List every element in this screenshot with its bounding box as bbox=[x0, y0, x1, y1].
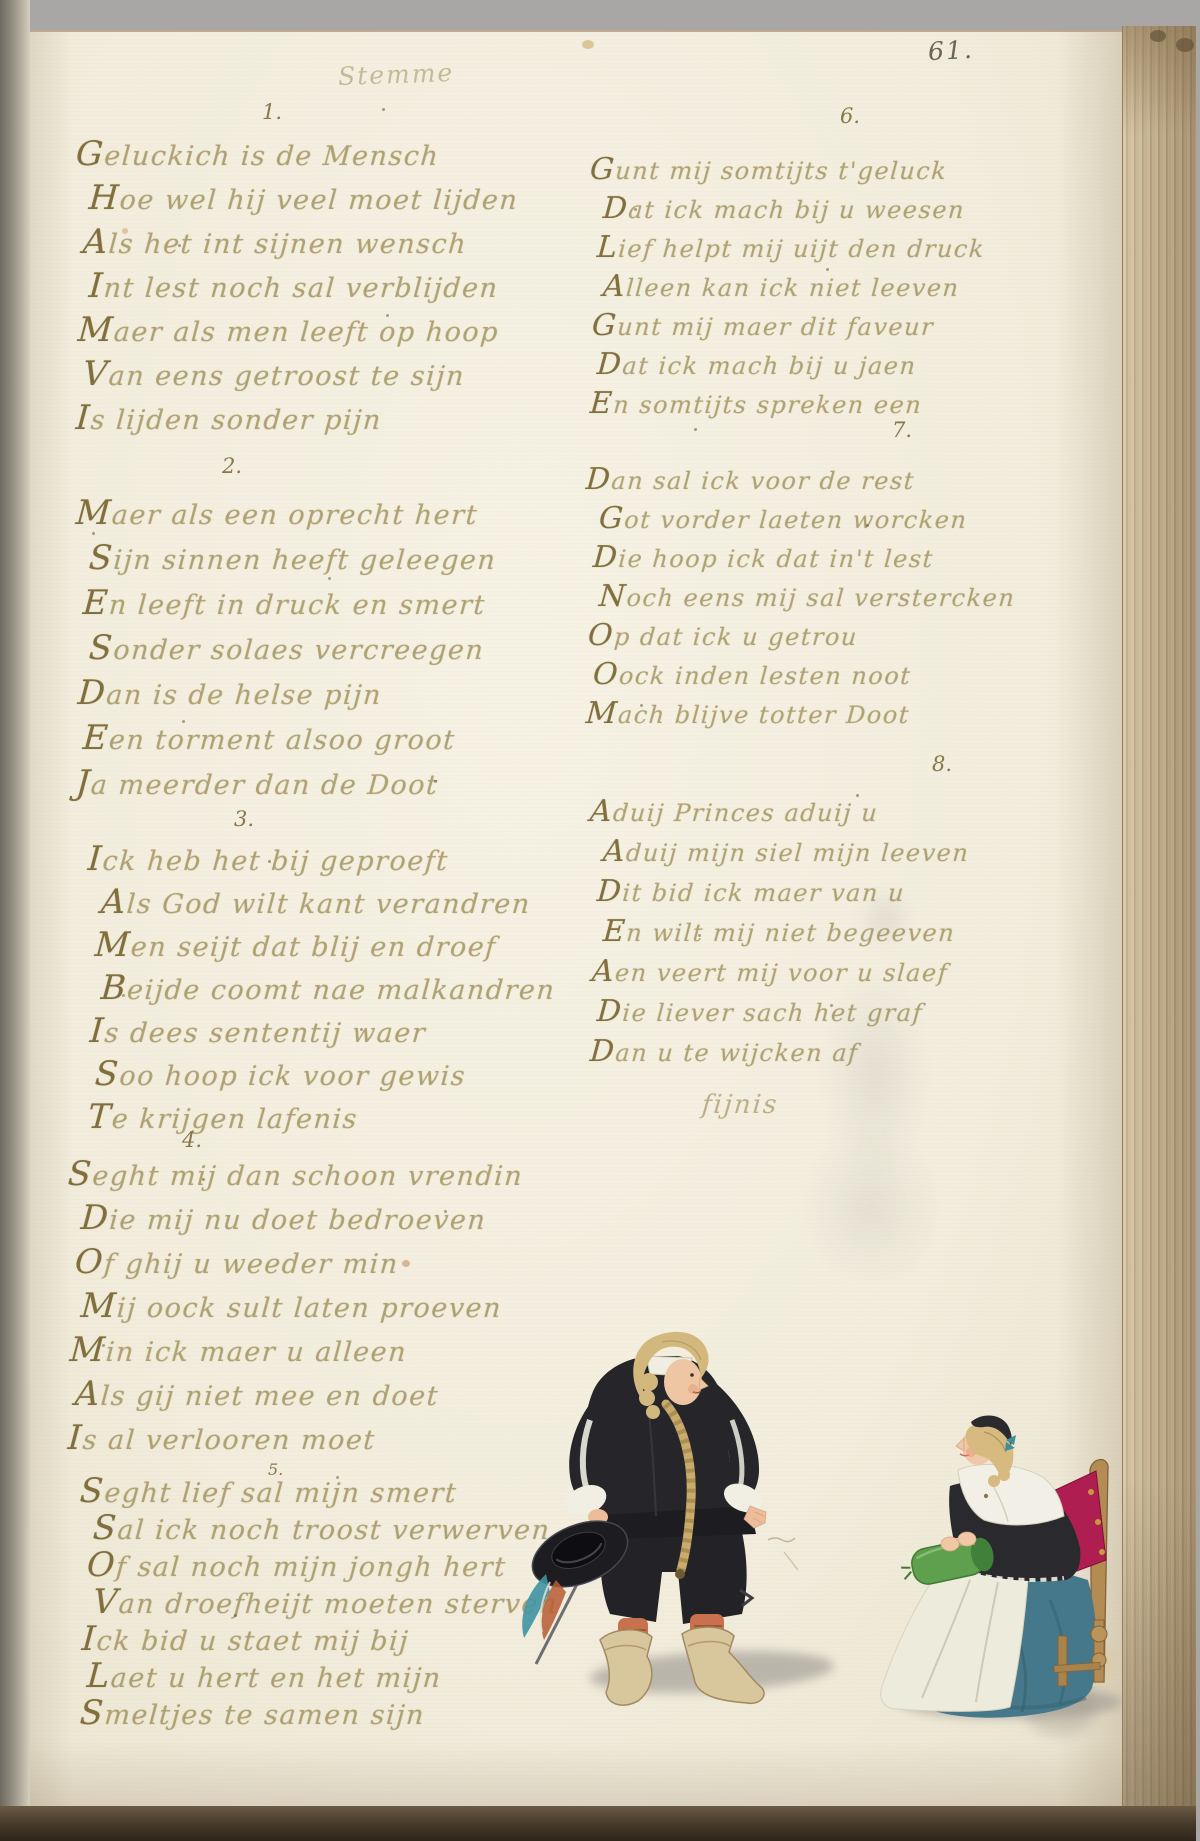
verse-line: Ick heb het bij geproeft bbox=[86, 837, 557, 880]
verse-line: Noch eens mij sal verstercken bbox=[598, 577, 1017, 616]
verse-line: Int lest noch sal verblijden bbox=[87, 264, 520, 308]
stanza-lines: Dan sal ick voor de restGot vorder laete… bbox=[586, 460, 1015, 733]
stanza-1: 1. Geluckich is de MenschHoe wel hij vee… bbox=[76, 132, 519, 440]
verse-line: Maer als een oprecht hert bbox=[74, 490, 498, 535]
verse-line: Aen veert mij voor u slaef bbox=[591, 952, 971, 992]
verse-line: Beijde coomt nae malkandren bbox=[99, 966, 557, 1009]
stanza-number: 1. bbox=[262, 100, 282, 124]
verse-line: Hoe wel hij veel moet lijden bbox=[87, 176, 520, 220]
cavalier-figure bbox=[522, 1332, 798, 1705]
stanza-lines: Ick heb het bij geproeftAls God wilt kan… bbox=[88, 837, 556, 1138]
stanza-number: 6. bbox=[840, 104, 860, 128]
stanza-lines: Geluckich is de MenschHoe wel hij veel m… bbox=[76, 132, 519, 440]
verse-line: Got vorder laeten worcken bbox=[598, 499, 1017, 538]
stanza-2: 2. Maer als een oprecht hertSijn sinnen … bbox=[76, 490, 497, 805]
verse-line: Dat ick mach bij u jaen bbox=[596, 345, 987, 384]
book-bottom-edge bbox=[0, 1806, 1200, 1841]
foxing-spot bbox=[122, 228, 128, 234]
watercolor-illustration bbox=[450, 1320, 1130, 1770]
ink-specks bbox=[30, 32, 33, 35]
verse-line: Men seijt dat blij en droef bbox=[93, 923, 557, 966]
stanza-lines: Gunt mij somtijts t'geluckDat ick mach b… bbox=[590, 150, 985, 423]
verse-line: En wilt mij niet begeeven bbox=[602, 912, 971, 952]
verse-line: Dat ick mach bij u weesen bbox=[602, 189, 987, 228]
verse-line: Oock inden lesten noot bbox=[592, 655, 1017, 694]
background bbox=[1196, 0, 1200, 1841]
verse-line: Gunt mij maer dit faveur bbox=[591, 306, 987, 345]
stanza-number: 2. bbox=[222, 454, 242, 478]
verse-line: Als het int sijnen wensch bbox=[81, 220, 520, 264]
verse-line: Dan sal ick voor de rest bbox=[585, 460, 1017, 499]
chair-leg bbox=[1058, 1636, 1067, 1686]
stanza-number: 4. bbox=[182, 1128, 202, 1152]
verse-line: Ja meerder dan de Doot bbox=[74, 760, 498, 805]
faint-inscription bbox=[768, 1538, 795, 1542]
stanza-lines: Aduij Princes aduij uAduij mijn siel mij… bbox=[590, 792, 969, 1072]
folio-number: 61. bbox=[927, 35, 974, 66]
verse-line: Is dees sententij waer bbox=[88, 1009, 557, 1052]
verse-line: Aduij Princes aduij u bbox=[589, 792, 971, 832]
verse-line: Die mij nu doet bedroeven bbox=[79, 1196, 525, 1240]
tune-header: Stemme bbox=[338, 58, 455, 91]
stanza-number: 3. bbox=[234, 807, 254, 831]
verse-line: Gunt mij somtijts t'geluck bbox=[589, 150, 987, 189]
verse-line: Sijn sinnen heeft geleegen bbox=[87, 535, 498, 580]
lady-figure bbox=[881, 1415, 1108, 1717]
stanza-3: 3. Ick heb het bij geproeftAls God wilt … bbox=[88, 837, 556, 1138]
corner-damage bbox=[1176, 38, 1194, 52]
verse-line: Als God wilt kant verandren bbox=[99, 880, 557, 923]
verse-line: Soo hoop ick voor gewis bbox=[93, 1052, 557, 1095]
cavalier-face bbox=[664, 1359, 702, 1405]
verse-line: En somtijts spreken een bbox=[589, 384, 987, 423]
verse-line: Maer als men leeft op hoop bbox=[76, 308, 520, 352]
lady-hand bbox=[941, 1537, 959, 1551]
verse-line: Aduij mijn siel mijn leeven bbox=[602, 832, 971, 872]
stanza-8: 8. Aduij Princes aduij uAduij mijn siel … bbox=[590, 792, 969, 1072]
verse-line: Is lijden sonder pijn bbox=[74, 396, 520, 440]
boot bbox=[600, 1630, 652, 1705]
verse-line: Dan is de helse pijn bbox=[76, 670, 498, 715]
scanned-book-photo: 61. Stemme 1. Geluckich is de MenschHoe … bbox=[0, 0, 1200, 1841]
verse-line: En leeft in druck en smert bbox=[81, 580, 498, 625]
foxing-spot bbox=[582, 40, 594, 49]
verse-line: Die liever sach het graf bbox=[596, 992, 971, 1032]
book-fore-edge bbox=[1122, 26, 1197, 1841]
lady-hand bbox=[958, 1532, 976, 1546]
verse-line: Sonder solaes vercreegen bbox=[87, 625, 498, 670]
verse-line: Alleen kan ick niet leeven bbox=[602, 267, 987, 306]
stanza-number: 8. bbox=[932, 752, 952, 776]
finis-label: fijnis bbox=[701, 1090, 780, 1120]
verse-line: Van eens getroost te sijn bbox=[81, 352, 520, 396]
verse-line: Dit bid ick maer van u bbox=[596, 872, 971, 912]
stanza-6: 6. Gunt mij somtijts t'geluckDat ick mac… bbox=[590, 150, 985, 423]
verse-line: Te krijgen lafenis bbox=[86, 1095, 557, 1138]
foxing-spot bbox=[402, 1260, 410, 1267]
verse-line: Een torment alsoo groot bbox=[81, 715, 498, 760]
verse-line: Of ghij u weeder min bbox=[73, 1240, 525, 1284]
verse-line: Mach blijve totter Doot bbox=[585, 694, 1017, 733]
stanza-7: 7. Dan sal ick voor de restGot vorder la… bbox=[586, 460, 1015, 733]
verse-line: Lief helpt mij uijt den druck bbox=[596, 228, 987, 267]
stanza-number: 7. bbox=[892, 418, 912, 442]
stanza-lines: Maer als een oprecht hertSijn sinnen hee… bbox=[76, 490, 497, 805]
verse-line: Dan u te wijcken af bbox=[589, 1032, 971, 1072]
verse-line: Seght mij dan schoon vrendin bbox=[66, 1152, 525, 1196]
fore-edge-shading bbox=[1123, 26, 1197, 1841]
verse-line: Geluckich is de Mensch bbox=[74, 132, 520, 176]
corner-damage bbox=[1150, 30, 1166, 42]
verse-line: Die hoop ick dat in't lest bbox=[592, 538, 1017, 577]
book-gutter-binding bbox=[0, 0, 30, 1841]
doublet bbox=[585, 1356, 740, 1530]
verse-line: Op dat ick u getrou bbox=[587, 616, 1017, 655]
